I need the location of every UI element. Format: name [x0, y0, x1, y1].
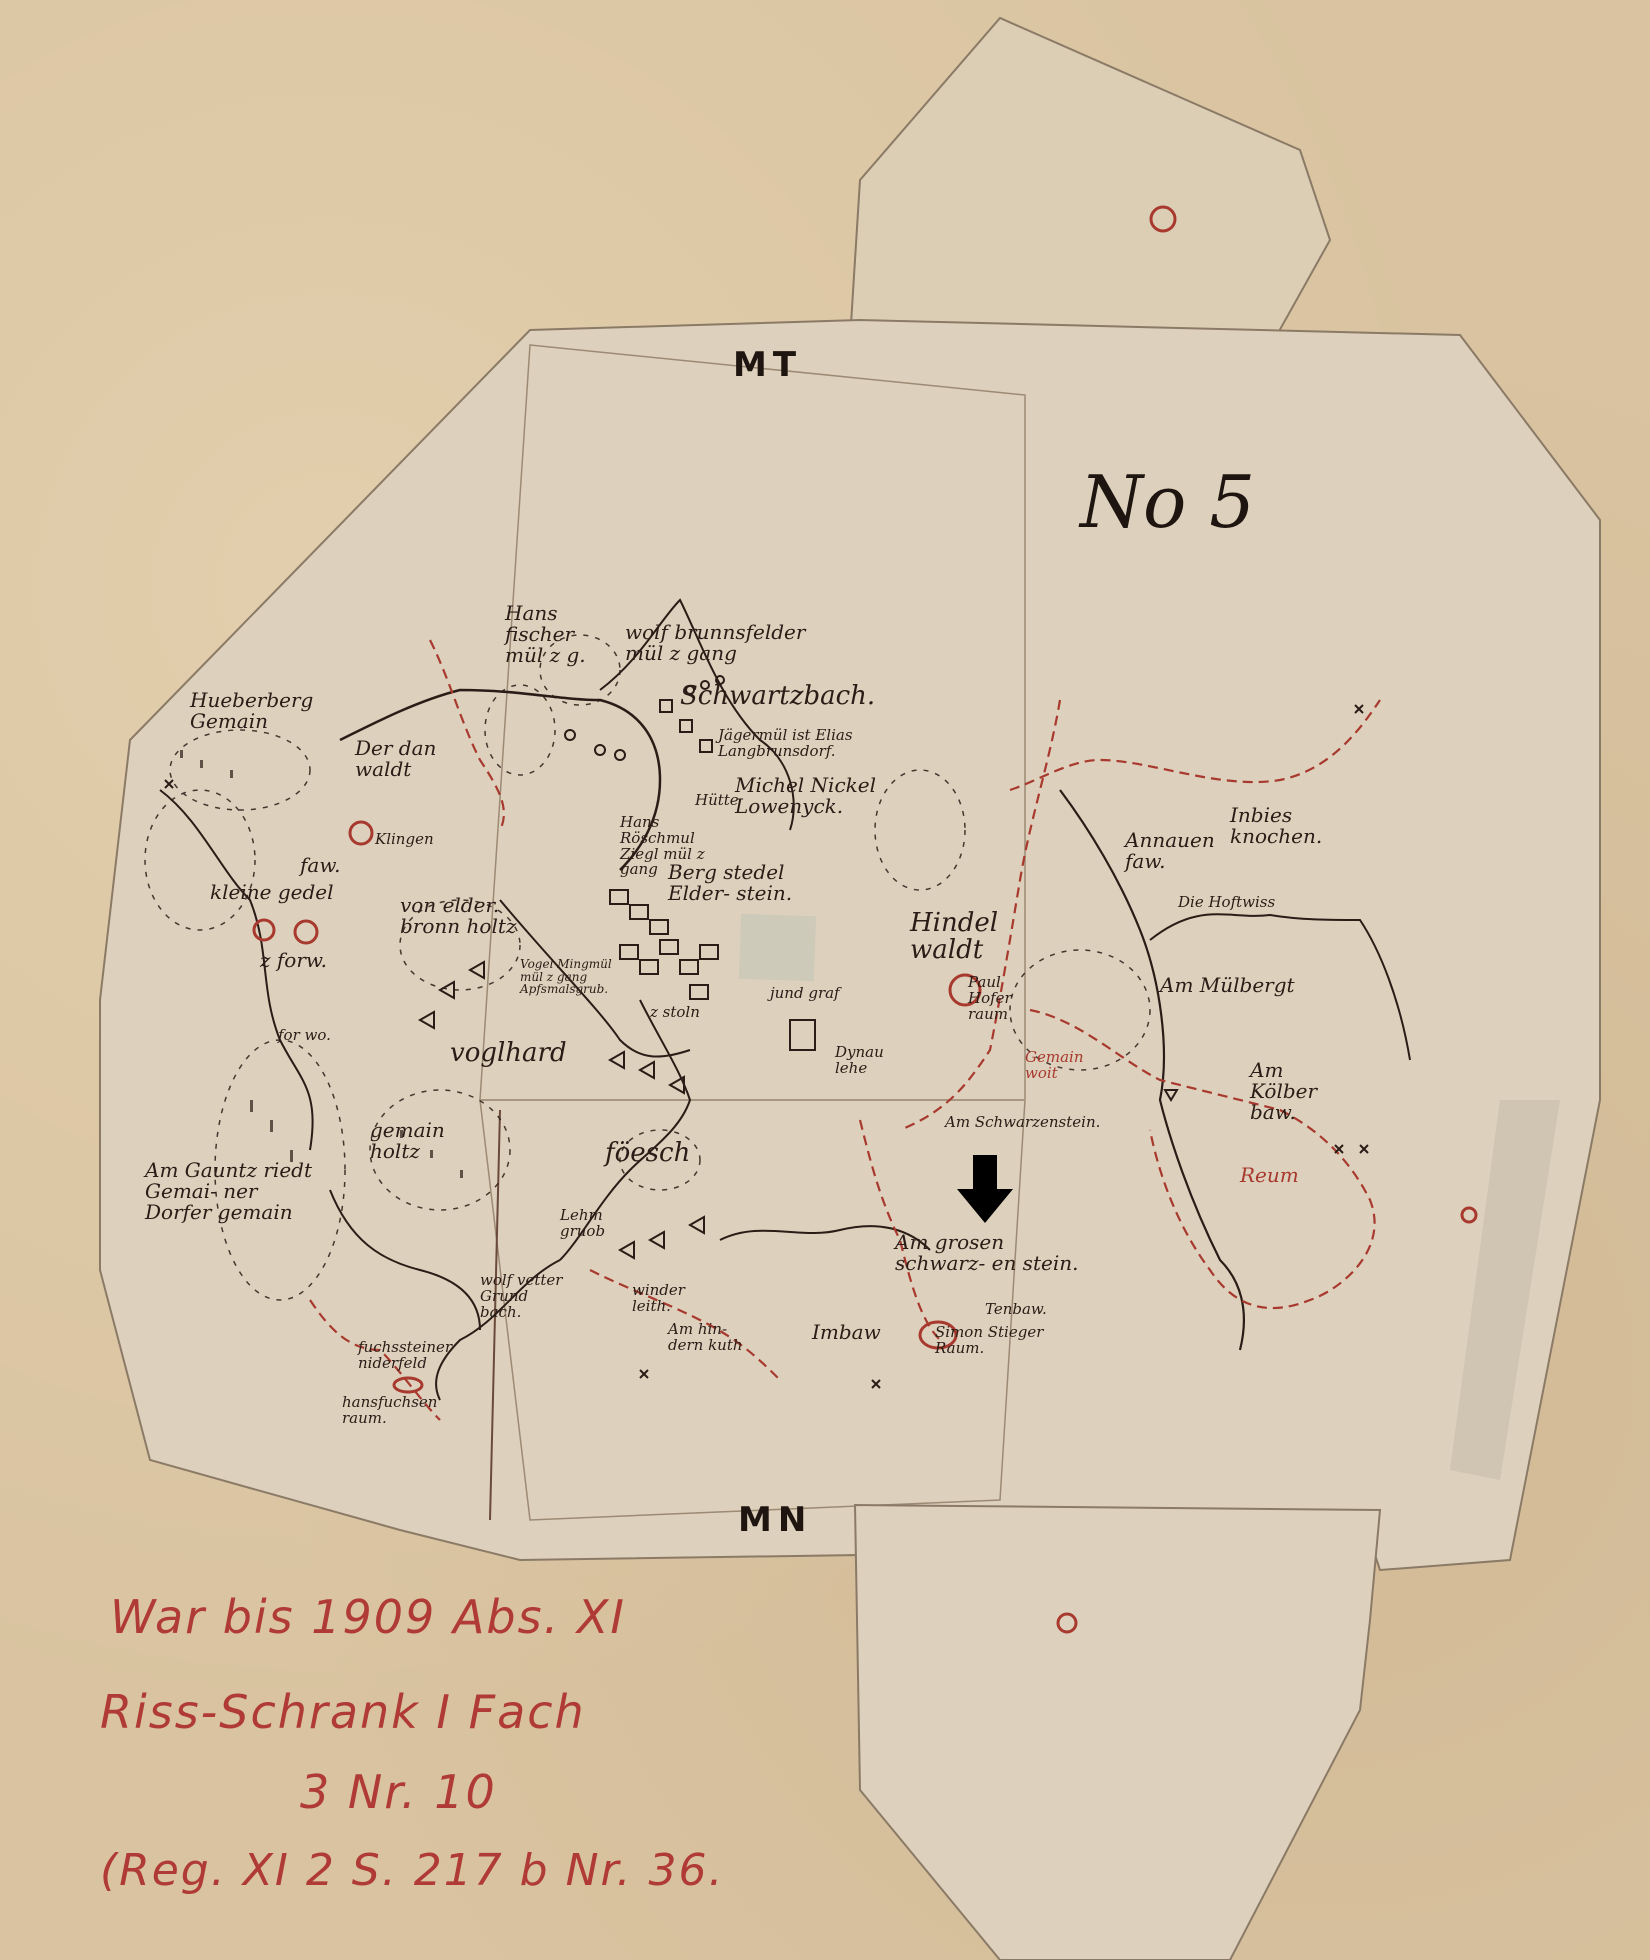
label-tenbaw: Tenbaw.	[985, 1302, 1047, 1318]
label-vogel-mul: Vogel Mingmül mül z gang Apfsmalsgrub.	[520, 958, 630, 996]
label-annauen-faw: Annauen faw.	[1125, 830, 1215, 872]
label-am-mulberg: Am Mülbergt	[1160, 975, 1295, 996]
folio-number: No 5	[1080, 460, 1255, 544]
label-die-hofwiss: Die Hoftwiss	[1178, 895, 1275, 911]
label-hueberberg: Hueberberg Gemain	[190, 690, 320, 732]
label-reum: Reum	[1240, 1165, 1299, 1186]
label-wolf-vetter-grundbach: wolf vetter Grund bach.	[480, 1273, 570, 1320]
label-am-schwarzenstein: Am Schwarzenstein.	[945, 1115, 1100, 1131]
label-am-grossen-schwarzenstein: Am grosen schwarz- en stein.	[895, 1232, 1095, 1274]
label-jagermul-elias: Jägermül ist Elias Langbrunsdorf.	[718, 728, 968, 760]
corner-mark-top: MT	[733, 345, 802, 385]
map-drawing	[0, 0, 1650, 1960]
label-voglhard: voglhard	[450, 1040, 567, 1067]
label-dynau: Dynau lehe	[835, 1045, 885, 1077]
corner-mark-bottom: MN	[738, 1500, 812, 1540]
archive-note-line-2: Riss-Schrank I Fach	[100, 1685, 586, 1739]
label-forw: for wo.	[278, 1028, 331, 1044]
label-foeschen: föesch	[605, 1140, 690, 1167]
label-paul-hofer-raum: Paul Hofer raum	[968, 975, 1028, 1022]
archive-note-line-4: (Reg. XI 2 S. 217 b Nr. 36.	[100, 1845, 725, 1896]
label-am-hindern-kuth: Am hin- dern kuth	[668, 1322, 748, 1354]
label-hans-fischer-mil: Hans fischer mül z g.	[505, 603, 615, 666]
label-hans-rosch-mul: Hans Röschmul Ziegl mül z gang	[620, 815, 720, 878]
label-schwarzbach: Schwartzbach.	[680, 683, 875, 710]
bottom-fragment	[855, 1505, 1380, 1960]
label-z-forw: z forw.	[260, 950, 327, 971]
label-inbies-knochen: Inbies knochen.	[1230, 805, 1320, 847]
label-gemain-woit: Gemain woit	[1025, 1050, 1105, 1082]
archive-note-line-1: War bis 1909 Abs. XI	[110, 1590, 626, 1644]
label-klingen: Klingen	[375, 832, 434, 848]
label-lehm-grube: Lehm gruob	[560, 1208, 610, 1240]
label-am-koelberbaw: Am Kölber baw.	[1250, 1060, 1350, 1123]
label-fuchssteiner-niderfeld: fuchssteiner niderfeld	[358, 1340, 458, 1372]
label-kleine-gedel: kleine gedel	[210, 882, 334, 903]
label-stolln: z stoln	[650, 1005, 700, 1021]
label-der-dan-waldt: Der dan waldt	[355, 738, 465, 780]
label-wolf-brunnsfelder: wolf brunnsfelder mül z gang	[625, 622, 845, 664]
label-imbaw: Imbaw	[812, 1322, 881, 1343]
label-hindel-waldt: Hindel waldt	[910, 910, 1010, 965]
label-hansfuchsen-raum: hansfuchsen raum.	[342, 1395, 442, 1427]
label-michel-nickel: Michel Nickel Lowenyck.	[735, 775, 935, 817]
archive-note-line-3: 3 Nr. 10	[300, 1765, 497, 1819]
label-von-elder-bronn-holtz: von elder. bronn holtz	[400, 895, 540, 937]
label-winderleith: winder leith.	[632, 1283, 692, 1315]
label-gemain-holtz: gemain holtz	[370, 1120, 450, 1162]
label-faw: faw.	[300, 855, 340, 876]
label-jund-graf: jund graf	[770, 986, 840, 1002]
label-am-gauntz: Am Gauntz riedt Gemai- ner Dorfer gemain	[145, 1160, 325, 1223]
label-simon-stieger-raum: Simon Stieger Raum.	[935, 1325, 1075, 1357]
pointer-arrow-icon	[955, 1155, 1015, 1225]
label-hutte: Hütte	[695, 793, 739, 809]
